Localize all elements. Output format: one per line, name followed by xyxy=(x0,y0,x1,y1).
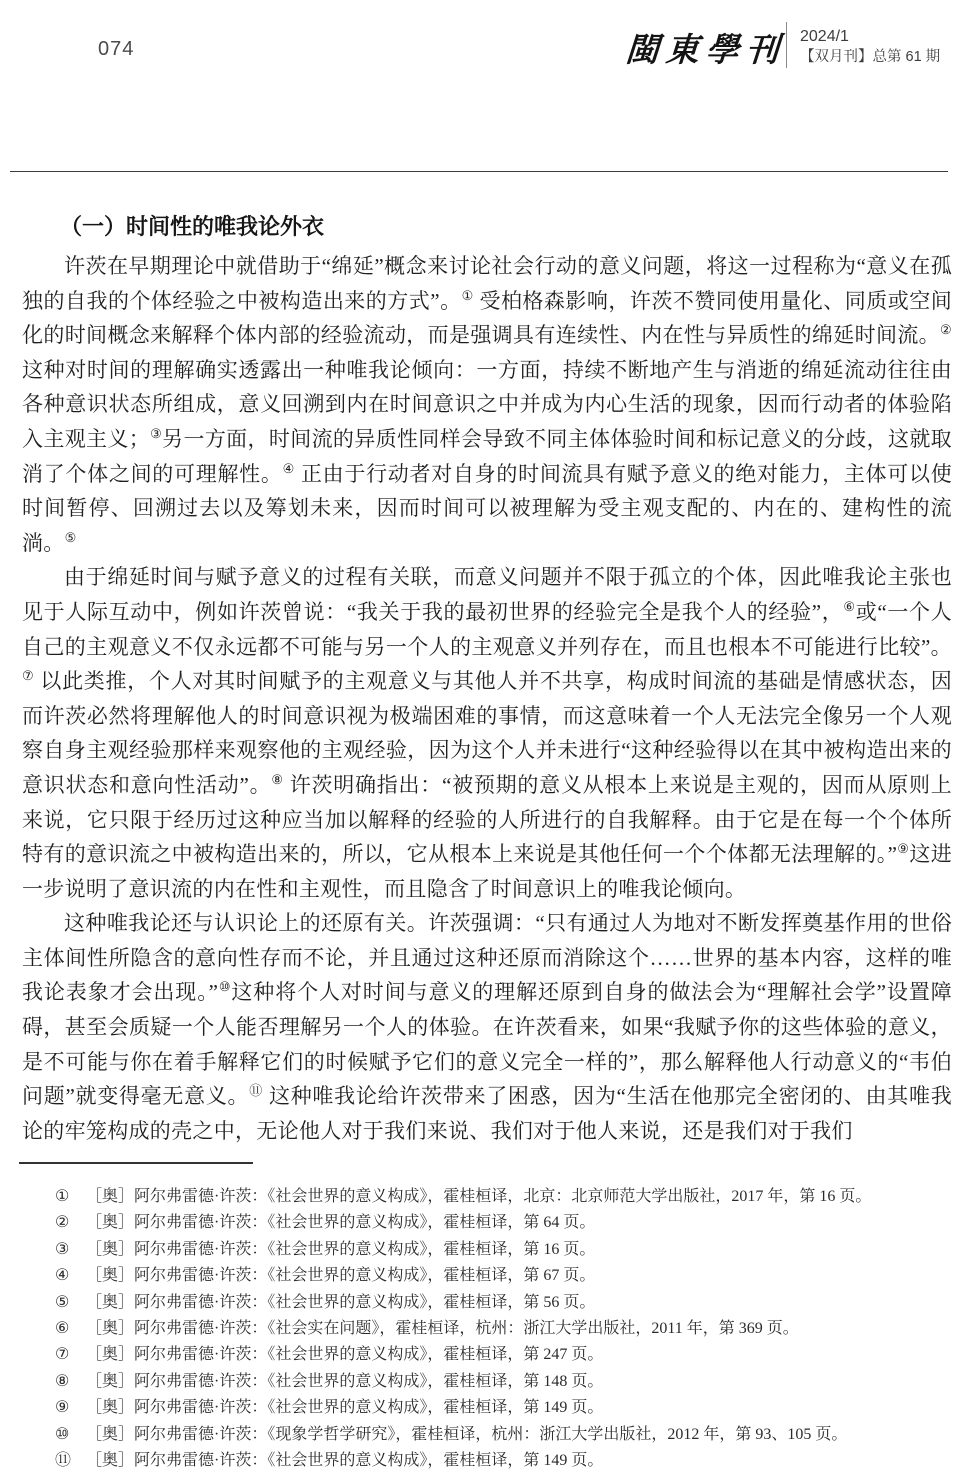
footnote-marker: ② xyxy=(55,1210,86,1236)
header-rule xyxy=(10,171,948,172)
footnote-text: ［奥］阿尔弗雷德·许茨：《社会世界的意义构成》，霍桂桓译，第 67 页。 xyxy=(86,1263,950,1289)
footnote-marker: ⑪ xyxy=(55,1448,86,1474)
article-body: （一）时间性的唯我论外衣 许茨在早期理论中就借助于“绵延”概念来讨论社会行动的意… xyxy=(22,212,952,1148)
footnote-4: ④ ［奥］阿尔弗雷德·许茨：《社会世界的意义构成》，霍桂桓译，第 67 页。 xyxy=(55,1263,950,1289)
footnote-6: ⑥ ［奥］阿尔弗雷德·许茨：《社会实在问题》，霍桂桓译，杭州：浙江大学出版社，2… xyxy=(55,1316,950,1342)
footnote-marker: ⑤ xyxy=(55,1290,86,1316)
footnote-marker: ④ xyxy=(55,1263,86,1289)
footnote-text: ［奥］阿尔弗雷德·许茨：《社会世界的意义构成》，霍桂桓译，第 16 页。 xyxy=(86,1237,950,1263)
journal-page: 074 閩東學刊 2024/1 【双月刊】总第 61 期 （一）时间性的唯我论外… xyxy=(0,0,958,1476)
footnote-10: ⑩ ［奥］阿尔弗雷德·许茨：《现象学哲学研究》，霍桂桓译，杭州：浙江大学出版社，… xyxy=(55,1422,950,1448)
footnote-5: ⑤ ［奥］阿尔弗雷德·许茨：《社会世界的意义构成》，霍桂桓译，第 56 页。 xyxy=(55,1290,950,1316)
footnote-text: ［奥］阿尔弗雷德·许茨：《社会世界的意义构成》，霍桂桓译，第 149 页。 xyxy=(86,1395,950,1421)
footnote-marker: ① xyxy=(55,1184,86,1210)
footnote-marker: ⑦ xyxy=(55,1342,86,1368)
section-heading: （一）时间性的唯我论外衣 xyxy=(22,212,952,242)
footnote-2: ② ［奥］阿尔弗雷德·许茨：《社会世界的意义构成》，霍桂桓译，第 64 页。 xyxy=(55,1210,950,1236)
issue-number: 【双月刊】总第 61 期 xyxy=(800,47,940,67)
footnote-marker: ⑥ xyxy=(55,1316,86,1342)
paragraph-2: 由于绵延时间与赋予意义的过程有关联，而意义问题并不限于孤立的个体，因此唯我论主张… xyxy=(22,560,952,906)
footnote-1: ① ［奥］阿尔弗雷德·许茨：《社会世界的意义构成》，霍桂桓译，北京：北京师范大学… xyxy=(55,1184,950,1210)
footnote-marker: ⑩ xyxy=(55,1422,86,1448)
footnote-3: ③ ［奥］阿尔弗雷德·许茨：《社会世界的意义构成》，霍桂桓译，第 16 页。 xyxy=(55,1237,950,1263)
footnote-text: ［奥］阿尔弗雷德·许茨：《社会世界的意义构成》，霍桂桓译，第 56 页。 xyxy=(86,1290,950,1316)
footnote-text: ［奥］阿尔弗雷德·许茨：《社会世界的意义构成》，霍桂桓译，第 148 页。 xyxy=(86,1369,950,1395)
footnote-7: ⑦ ［奥］阿尔弗雷德·许茨：《社会世界的意义构成》，霍桂桓译，第 247 页。 xyxy=(55,1342,950,1368)
footnote-text: ［奥］阿尔弗雷德·许茨：《社会世界的意义构成》，霍桂桓译，第 149 页。 xyxy=(86,1448,950,1474)
footnote-text: ［奥］阿尔弗雷德·许茨：《现象学哲学研究》，霍桂桓译，杭州：浙江大学出版社，20… xyxy=(86,1422,950,1448)
footnote-11: ⑪ ［奥］阿尔弗雷德·许茨：《社会世界的意义构成》，霍桂桓译，第 149 页。 xyxy=(55,1448,950,1474)
footnote-text: ［奥］阿尔弗雷德·许茨：《社会世界的意义构成》，霍桂桓译，第 247 页。 xyxy=(86,1342,950,1368)
paragraph-1: 许茨在早期理论中就借助于“绵延”概念来讨论社会行动的意义问题，将这一过程称为“意… xyxy=(22,249,952,560)
paragraph-3: 这种唯我论还与认识论上的还原有关。许茨强调：“只有通过人为地对不断发挥奠基作用的… xyxy=(22,906,952,1148)
footnote-text: ［奥］阿尔弗雷德·许茨：《社会实在问题》，霍桂桓译，杭州：浙江大学出版社，201… xyxy=(86,1316,950,1342)
footnote-text: ［奥］阿尔弗雷德·许茨：《社会世界的意义构成》，霍桂桓译，第 64 页。 xyxy=(86,1210,950,1236)
footnote-marker: ⑨ xyxy=(55,1395,86,1421)
footnote-8: ⑧ ［奥］阿尔弗雷德·许茨：《社会世界的意义构成》，霍桂桓译，第 148 页。 xyxy=(55,1369,950,1395)
journal-title: 閩東學刊 xyxy=(624,24,787,71)
footnote-separator xyxy=(19,1162,253,1164)
footnote-marker: ⑧ xyxy=(55,1369,86,1395)
footnotes-block: ① ［奥］阿尔弗雷德·许茨：《社会世界的意义构成》，霍桂桓译，北京：北京师范大学… xyxy=(55,1184,950,1474)
issue-info: 2024/1 【双月刊】总第 61 期 xyxy=(800,27,940,67)
header-divider xyxy=(786,22,787,68)
footnote-9: ⑨ ［奥］阿尔弗雷德·许茨：《社会世界的意义构成》，霍桂桓译，第 149 页。 xyxy=(55,1395,950,1421)
footnote-text: ［奥］阿尔弗雷德·许茨：《社会世界的意义构成》，霍桂桓译，北京：北京师范大学出版… xyxy=(86,1184,950,1210)
page-number: 074 xyxy=(98,38,134,61)
footnote-marker: ③ xyxy=(55,1237,86,1263)
issue-date: 2024/1 xyxy=(800,27,940,47)
